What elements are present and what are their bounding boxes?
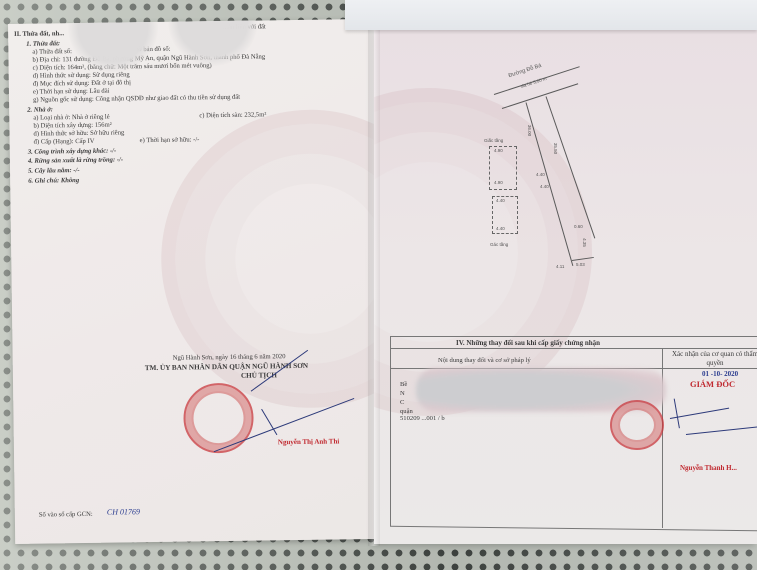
- confirm-signer-name: Nguyễn Thanh H...: [680, 464, 737, 473]
- certificate-right-page: Đường Đỗ Bá vỉa hè 5,00 m Giấc tầng 4.90…: [374, 28, 757, 544]
- section-header: II. Thửa đất, nh...: [14, 29, 64, 39]
- table-bottom-border: [390, 526, 757, 531]
- registry-label: Số vào sổ cấp GCN:: [39, 510, 93, 520]
- confirm-role: GIÁM ĐỐC: [690, 380, 735, 389]
- changes-table-title: IV. Những thay đổi sau khi cấp giấy chứn…: [456, 339, 600, 348]
- overlapping-sheet: [345, 0, 757, 30]
- change-line: Bề: [400, 380, 407, 389]
- signer-name: Nguyễn Thị Anh Thi: [278, 437, 340, 447]
- dimension-label: 4.11: [556, 264, 564, 269]
- change-line: 510209 ...001 / b: [400, 414, 445, 423]
- dimension-label: 4.40: [540, 184, 549, 189]
- dimension-label: 0.60: [574, 224, 583, 229]
- change-line: C: [400, 398, 404, 407]
- land-use-origin: g) Nguồn gốc sử dụng: Công nhận QSDĐ như…: [33, 93, 240, 105]
- house-grade: đ) Cấp (Hạng): Cấp IV: [34, 137, 95, 147]
- sign-date: Ngũ Hành Sơn, ngày 16 tháng 6 năm 2020: [173, 352, 286, 363]
- house-ownership-term: e) Thời hạn sở hữu: -/-: [140, 135, 200, 145]
- street-label: Đường Đỗ Bá: [508, 63, 542, 79]
- official-seal: [610, 400, 664, 450]
- page-fold: [368, 26, 380, 546]
- table-top-border: [390, 336, 757, 337]
- official-seal: [183, 383, 254, 454]
- street-line: [494, 66, 580, 95]
- ground-floor-label: Giấc tầng: [484, 138, 503, 143]
- perennial-trees: 5. Cây lâu năm: -/-: [28, 166, 80, 176]
- top-floor-label: Gác tầng: [490, 242, 508, 247]
- registry-number: CH 01769: [107, 507, 140, 516]
- house-floor-area: c) Diện tích sàn: 232,5m²: [199, 110, 266, 120]
- dimension-label: 4.40: [496, 198, 505, 203]
- table-column-divider: [662, 348, 663, 528]
- col-header-content: Nội dung thay đổi và cơ sở pháp lý: [438, 356, 531, 365]
- dimension-label: 4.90: [494, 148, 503, 153]
- certificate-left-page: II. Thửa đất, nh... ...ắn liền với đất 1…: [8, 19, 387, 544]
- dimension-label: 36.00: [527, 125, 532, 136]
- dimension-label: 4.35: [582, 238, 587, 247]
- dimension-label: 4.40: [496, 226, 505, 231]
- table-header-divider: [390, 348, 757, 349]
- dimension-label: 4.90: [494, 180, 503, 185]
- col-header-confirm: Xác nhận của cơ quan có thẩm quyền: [670, 350, 757, 368]
- dimension-label: 35.50: [553, 143, 558, 154]
- dimension-label: 5.03: [576, 262, 585, 267]
- confirm-date: 01 -10- 2020: [702, 370, 738, 379]
- signature-stroke: [670, 408, 729, 420]
- notes: 6. Ghi chú: Không: [28, 176, 79, 186]
- planted-forest: 4. Rừng sản xuất là rừng trồng: -/-: [28, 155, 123, 165]
- table-left-border: [390, 336, 391, 526]
- signature-stroke: [673, 399, 680, 429]
- change-line: N: [400, 389, 405, 398]
- signature-stroke: [686, 426, 757, 435]
- dimension-label: 4.40: [536, 172, 545, 177]
